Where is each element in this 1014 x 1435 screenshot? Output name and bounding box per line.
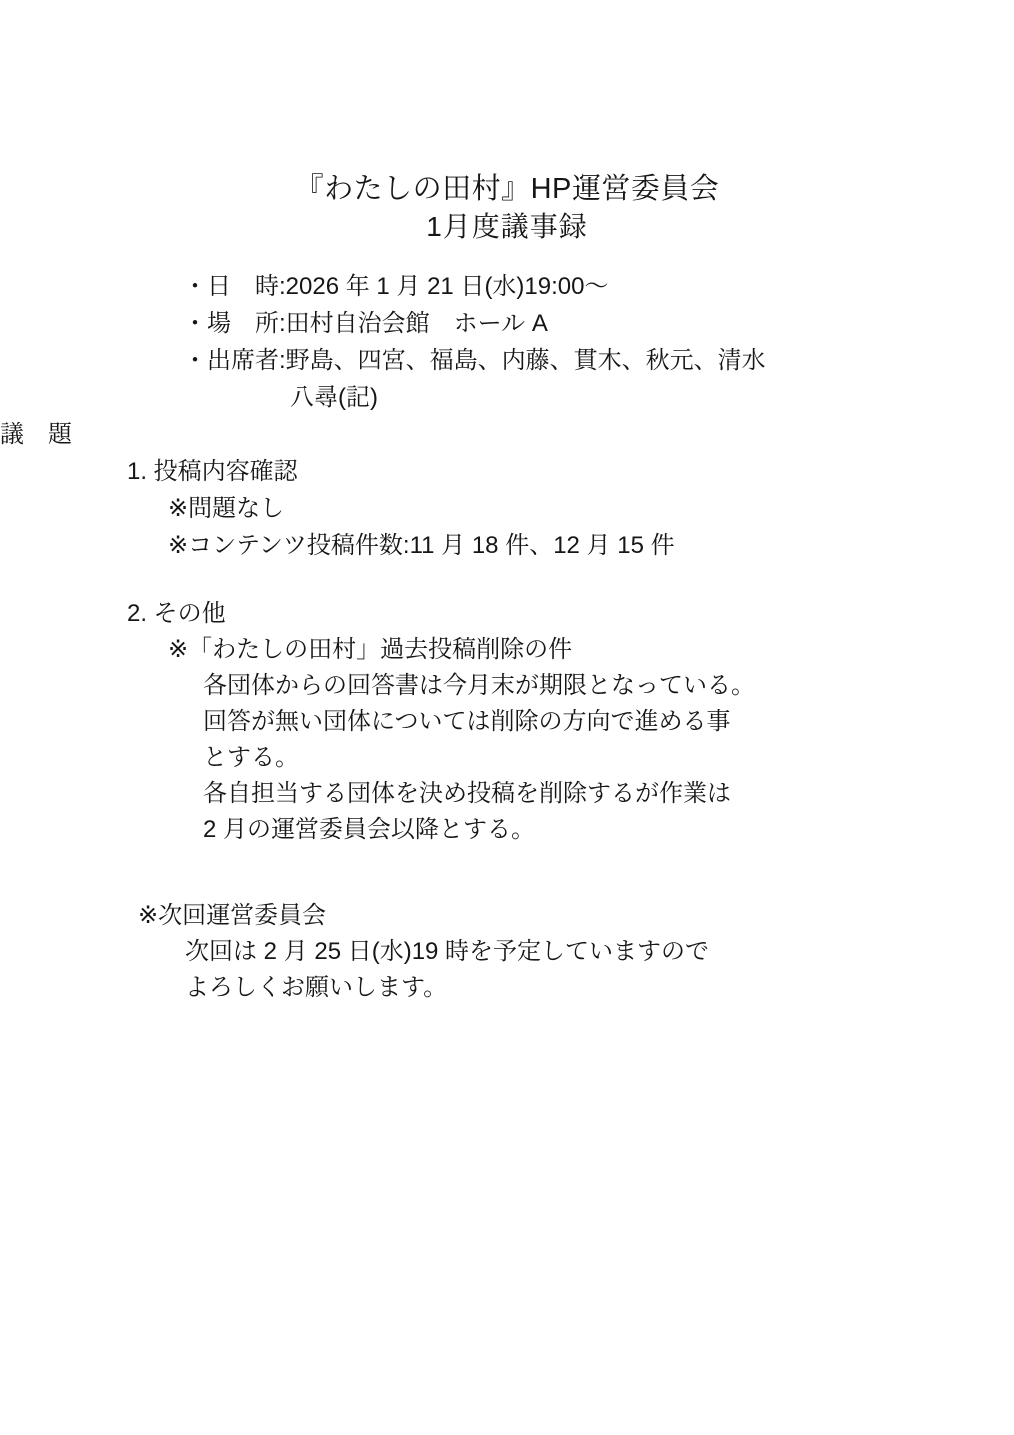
agenda-item-1-note-1: ※問題なし [168,490,1014,527]
agenda-item-2: 2. その他 ※「わたしの田村」過去投稿削除の件 各団体からの回答書は今月末が期… [0,596,1014,848]
agenda-item-2-body-line-1: 各団体からの回答書は今月末が期限となっている。 [203,668,1014,704]
agenda-item-1-title: 1. 投稿内容確認 [127,453,1014,490]
agenda-item-2-note: ※「わたしの田村」過去投稿削除の件 [168,632,1014,668]
meeting-datetime: ・日 時:2026 年 1 月 21 日(水)19:00～ [183,268,1014,305]
minutes-page: 『わたしの田村』HP運営委員会 1月度議事録 ・日 時:2026 年 1 月 2… [0,0,1014,1435]
next-meeting-section: ※次回運営委員会 次回は 2 月 25 日(水)19 時を予定していますので よ… [0,898,1014,1006]
meeting-place: ・場 所:田村自治会館 ホール A [183,305,1014,342]
document-subtitle: 1月度議事録 [0,208,1014,246]
agenda-heading: 議 題 [0,416,1014,453]
agenda-item-2-body-line-2: 回答が無い団体については削除の方向で進める事 [203,704,1014,740]
agenda-item-1-note-2: ※コンテンツ投稿件数:11 月 18 件、12 月 15 件 [168,527,1014,564]
agenda-item-1: 1. 投稿内容確認 ※問題なし ※コンテンツ投稿件数:11 月 18 件、12 … [0,453,1014,564]
agenda-item-2-body-line-4: 各自担当する団体を決め投稿を削除するが作業は [203,776,1014,812]
meeting-attendees: ・出席者:野島、四宮、福島、内藤、貫木、秋元、清水 [183,342,1014,379]
document-title: 『わたしの田村』HP運営委員会 [0,170,1014,208]
meeting-attendees-continued: 八尋(記) [183,379,1014,416]
next-meeting-line-1: 次回は 2 月 25 日(水)19 時を予定していますので [185,934,1014,970]
agenda-item-2-body-line-3: とする。 [203,740,1014,776]
next-meeting-line-2: よろしくお願いします。 [185,970,1014,1006]
agenda-item-2-title: 2. その他 [127,596,1014,632]
next-meeting-heading: ※次回運営委員会 [138,898,1014,934]
agenda-item-2-body-line-5: 2 月の運営委員会以降とする。 [203,812,1014,848]
meeting-info: ・日 時:2026 年 1 月 21 日(水)19:00～ ・場 所:田村自治会… [183,268,1014,416]
